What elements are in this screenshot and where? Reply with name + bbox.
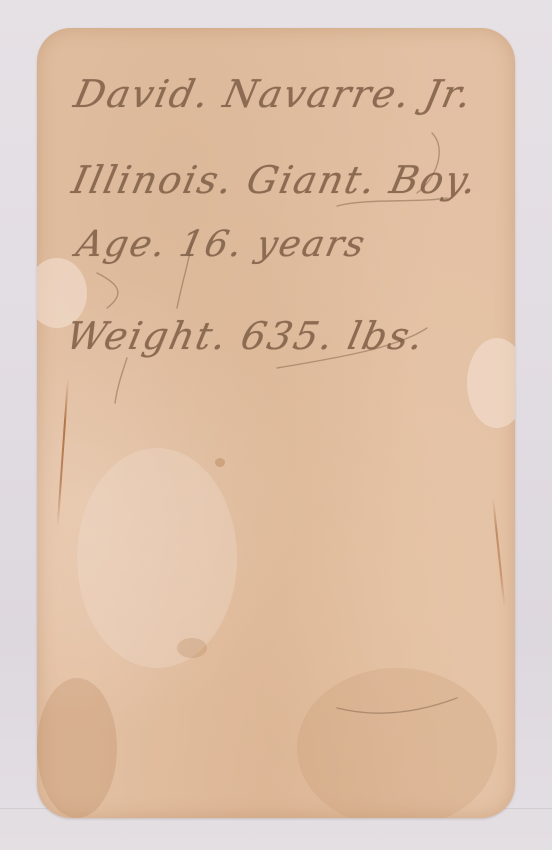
right-crease <box>492 498 505 608</box>
left-crease <box>57 378 69 528</box>
edge-discoloration <box>297 668 497 818</box>
cabinet-card: David. Navarre. Jr. Illinois. Giant. Boy… <box>37 28 515 818</box>
handwriting-flourishes <box>37 28 515 818</box>
inscription-line-title: Illinois. Giant. Boy. <box>68 158 482 202</box>
inscription-line-age: Age. 16. years <box>73 224 370 265</box>
inscription-line-name: David. Navarre. Jr. <box>70 72 477 116</box>
edge-discoloration <box>37 678 117 818</box>
dark-spot <box>215 458 225 467</box>
light-stain <box>467 338 515 428</box>
light-stain <box>77 448 237 668</box>
inscription-line-weight: Weight. 635. lbs. <box>62 314 429 358</box>
dark-spot <box>177 638 207 658</box>
